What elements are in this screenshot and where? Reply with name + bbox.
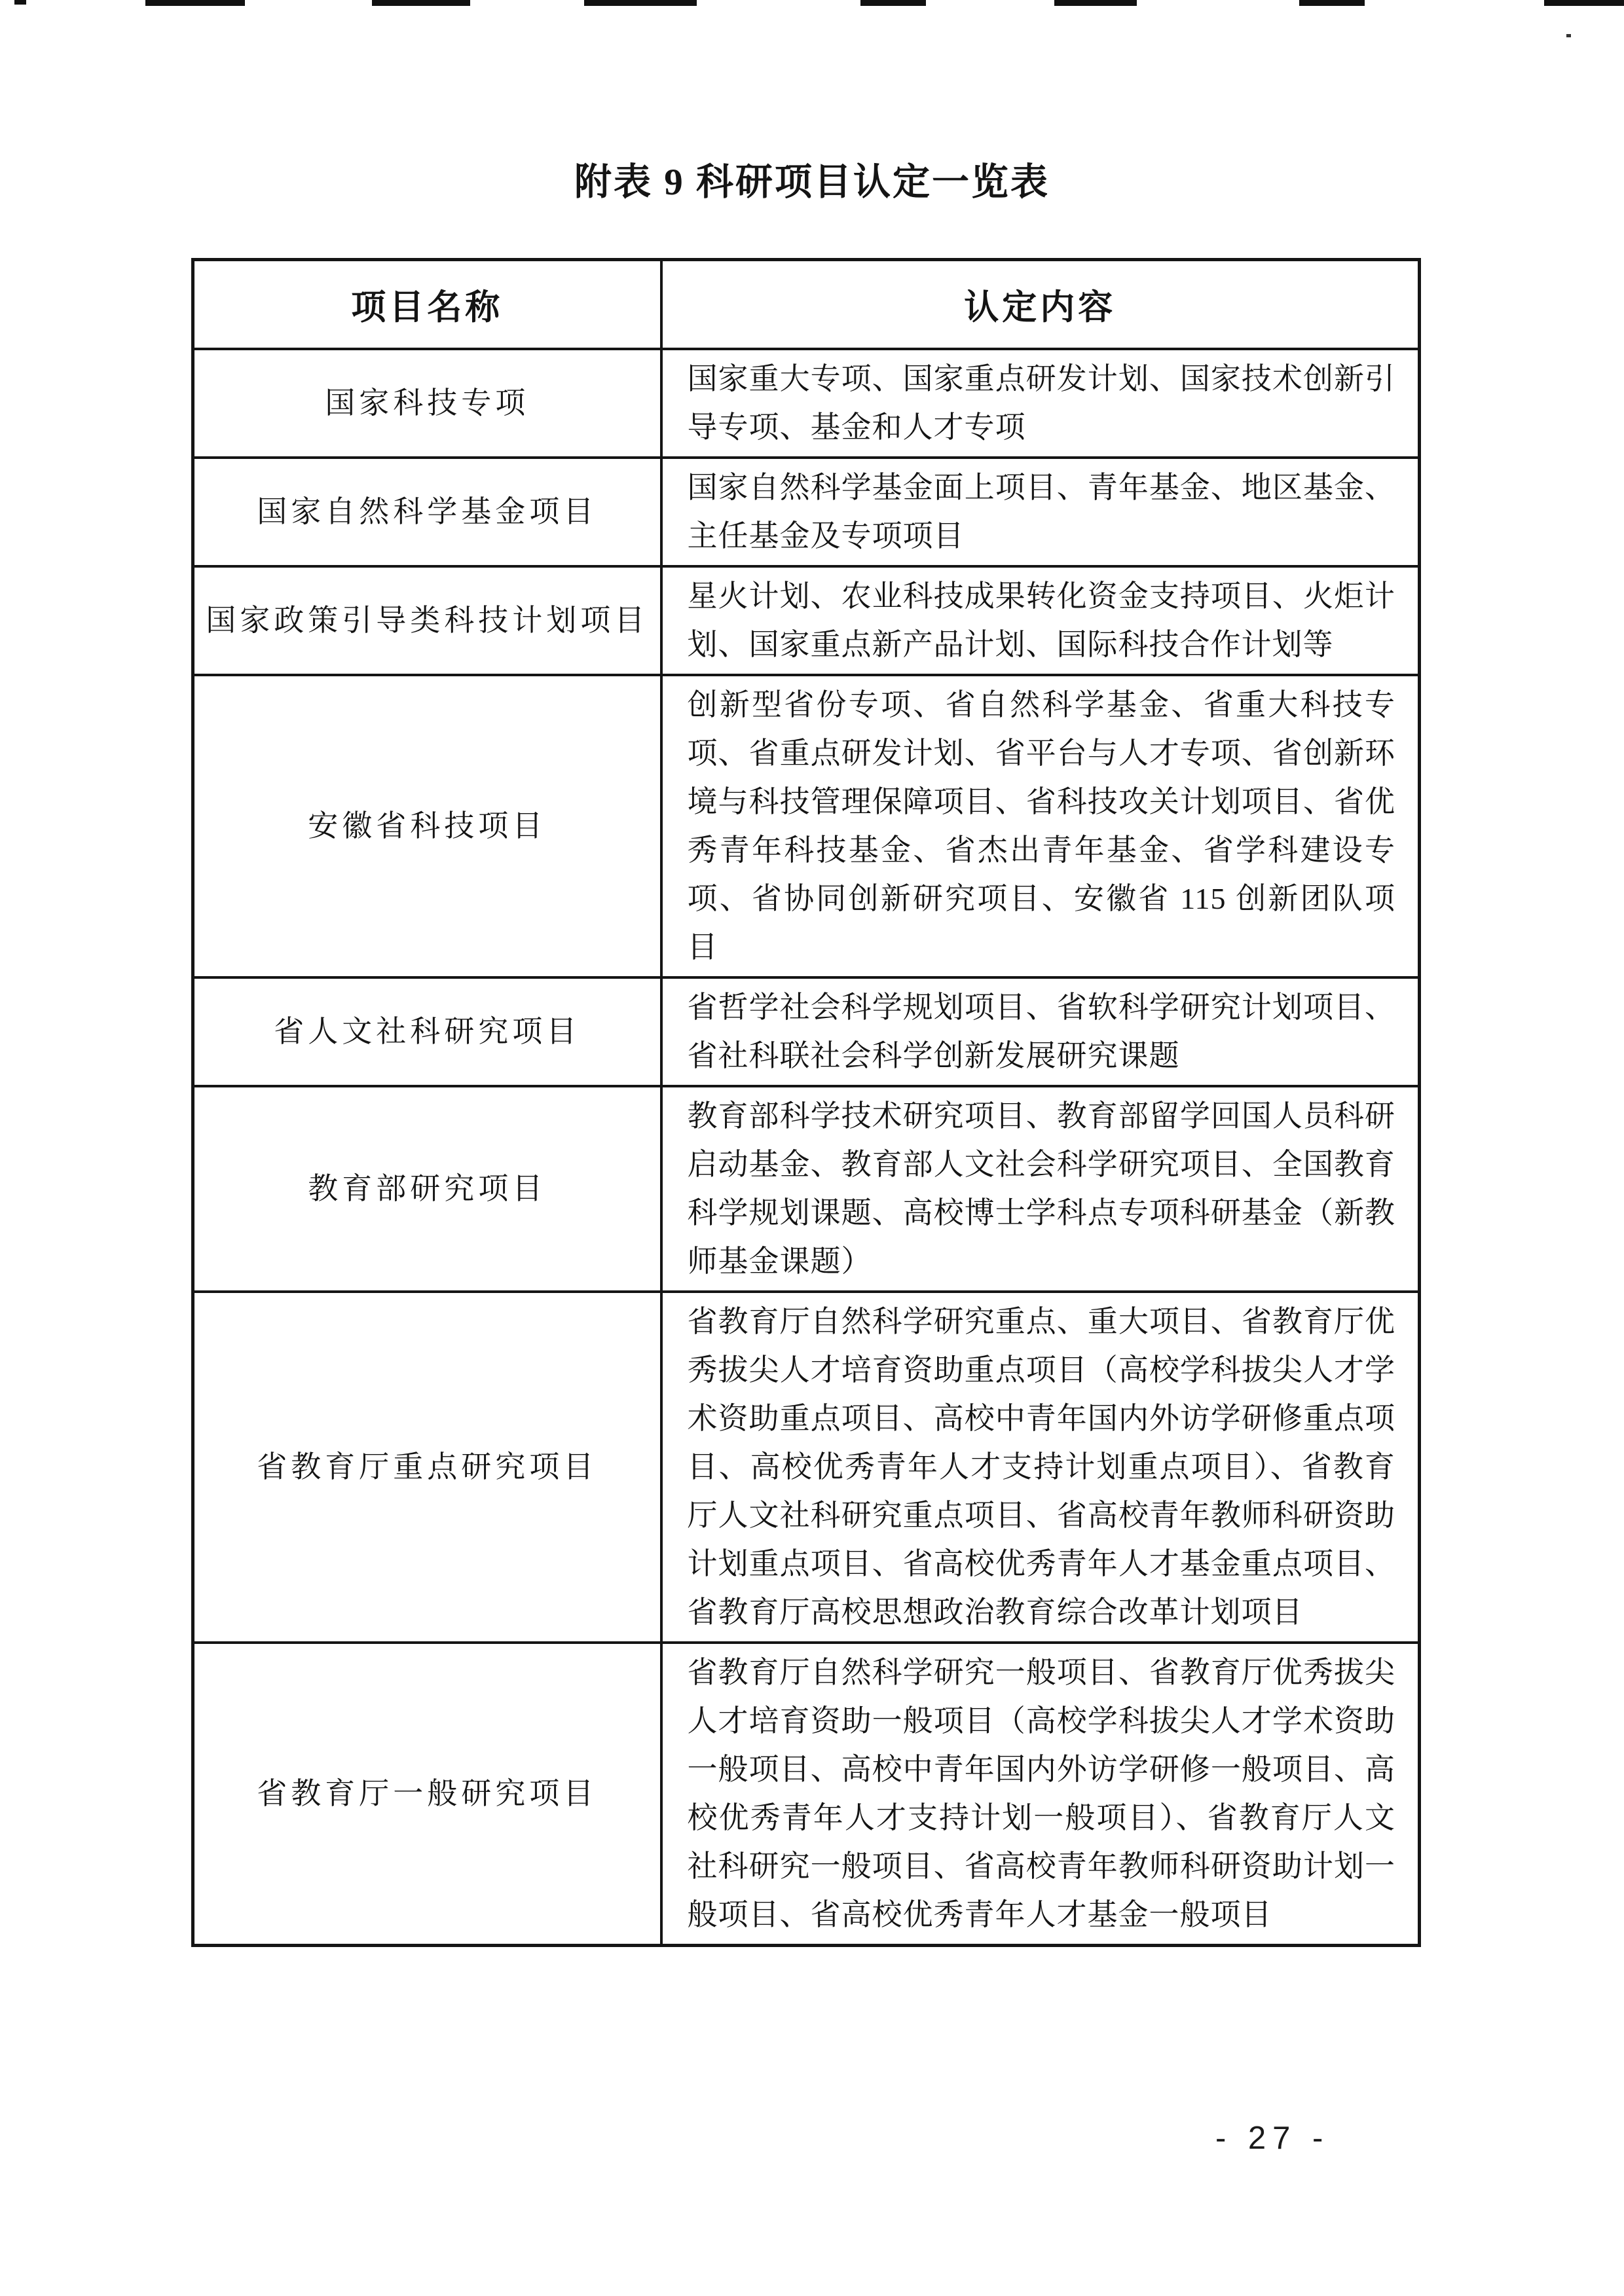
page-number: - 27 -: [1215, 2120, 1329, 2157]
project-name-cell: 省教育厅一般研究项目: [193, 1643, 661, 1946]
project-name-cell: 教育部研究项目: [193, 1086, 661, 1292]
scan-artifact: [860, 0, 926, 6]
scan-artifact: [372, 0, 470, 6]
scan-artifact: [1544, 0, 1624, 6]
project-name-cell: 国家政策引导类科技计划项目: [193, 566, 661, 675]
table-row: 省教育厅一般研究项目省教育厅自然科学研究一般项目、省教育厅优秀拔尖人才培育资助一…: [193, 1643, 1420, 1946]
table-row: 教育部研究项目教育部科学技术研究项目、教育部留学回国人员科研启动基金、教育部人文…: [193, 1086, 1420, 1292]
scan-artifact: [14, 0, 26, 5]
scan-artifact: [1054, 0, 1137, 6]
recognition-content-cell: 省哲学社会科学规划项目、省软科学研究计划项目、省社科联社会科学创新发展研究课题: [661, 977, 1420, 1086]
page-title: 附表 9 科研项目认定一览表: [0, 152, 1624, 206]
table-row: 国家自然科学基金项目国家自然科学基金面上项目、青年基金、地区基金、主任基金及专项…: [193, 458, 1420, 566]
table-row: 安徽省科技项目创新型省份专项、省自然科学基金、省重大科技专项、省重点研发计划、省…: [193, 675, 1420, 977]
column-header-project-name: 项目名称: [193, 260, 661, 350]
scan-artifact: [1566, 34, 1571, 37]
recognition-content-cell: 省教育厅自然科学研究重点、重大项目、省教育厅优秀拔尖人才培育资助重点项目（高校学…: [661, 1292, 1420, 1643]
project-name-cell: 省教育厅重点研究项目: [193, 1292, 661, 1643]
table-row: 国家政策引导类科技计划项目星火计划、农业科技成果转化资金支持项目、火炬计划、国家…: [193, 566, 1420, 675]
recognition-content-cell: 国家重大专项、国家重点研发计划、国家技术创新引导专项、基金和人才专项: [661, 349, 1420, 458]
table-body: 国家科技专项国家重大专项、国家重点研发计划、国家技术创新引导专项、基金和人才专项…: [193, 349, 1420, 1946]
table-header-row: 项目名称 认定内容: [193, 260, 1420, 350]
project-name-cell: 省人文社科研究项目: [193, 977, 661, 1086]
recognition-content-cell: 星火计划、农业科技成果转化资金支持项目、火炬计划、国家重点新产品计划、国际科技合…: [661, 566, 1420, 675]
recognition-content-cell: 国家自然科学基金面上项目、青年基金、地区基金、主任基金及专项项目: [661, 458, 1420, 566]
recognition-content-cell: 创新型省份专项、省自然科学基金、省重大科技专项、省重点研发计划、省平台与人才专项…: [661, 675, 1420, 977]
recognition-content-cell: 教育部科学技术研究项目、教育部留学回国人员科研启动基金、教育部人文社会科学研究项…: [661, 1086, 1420, 1292]
scan-artifact: [1299, 0, 1365, 6]
table-row: 省教育厅重点研究项目省教育厅自然科学研究重点、重大项目、省教育厅优秀拔尖人才培育…: [193, 1292, 1420, 1643]
document-page: 附表 9 科研项目认定一览表 项目名称 认定内容 国家科技专项国家重大专项、国家…: [0, 0, 1624, 2296]
column-header-recognition-content: 认定内容: [661, 260, 1420, 350]
recognition-table: 项目名称 认定内容 国家科技专项国家重大专项、国家重点研发计划、国家技术创新引导…: [191, 258, 1421, 1947]
scan-artifact: [584, 0, 697, 6]
project-name-cell: 国家科技专项: [193, 349, 661, 458]
recognition-content-cell: 省教育厅自然科学研究一般项目、省教育厅优秀拔尖人才培育资助一般项目（高校学科拔尖…: [661, 1643, 1420, 1946]
scan-artifact: [145, 0, 245, 6]
table-row: 省人文社科研究项目省哲学社会科学规划项目、省软科学研究计划项目、省社科联社会科学…: [193, 977, 1420, 1086]
project-name-cell: 国家自然科学基金项目: [193, 458, 661, 566]
table-row: 国家科技专项国家重大专项、国家重点研发计划、国家技术创新引导专项、基金和人才专项: [193, 349, 1420, 458]
project-name-cell: 安徽省科技项目: [193, 675, 661, 977]
